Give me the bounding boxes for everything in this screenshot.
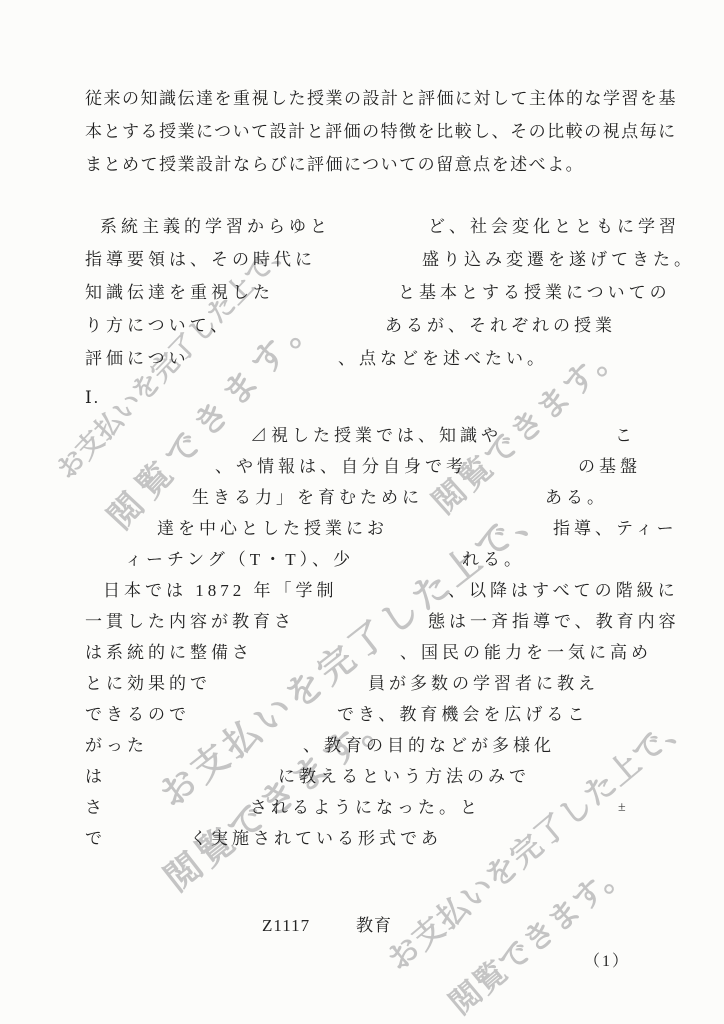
text-fragment-left: は系統的に整備さ <box>85 637 253 668</box>
text-fragment-left: がった <box>85 730 148 761</box>
text-fragment-right: と基本とする授業についての <box>398 276 671 309</box>
text-fragment-left: 指導要領は、その時代に <box>85 243 316 276</box>
text-line: はに教えるという方法のみで <box>0 761 724 792</box>
text-fragment-left: できるので <box>85 699 190 730</box>
text-fragment-left: ⊿視した授業では、知識や <box>250 420 502 451</box>
text-fragment-left: 系統主義的学習からゆと <box>100 210 331 243</box>
text-line: は系統的に整備さ、国民の能力を一気に高め <box>0 637 724 668</box>
prompt-line: 本とする授業について設計と評価の特徴を比較し、その比較の視点毎に <box>85 115 685 148</box>
text-line: 一貫した内容が教育さ態は一斉指導で、教育内容 <box>0 606 724 637</box>
text-fragment-right: 、国民の能力を一気に高め <box>400 637 652 668</box>
document-subject: 教育 <box>356 914 392 938</box>
text-fragment-left: り方について、 <box>85 309 231 342</box>
text-line: 日本では 1872 年「学制、以降はすべての階級に <box>0 575 724 606</box>
text-fragment-left: 知識伝達を重視した <box>85 276 274 309</box>
text-line: とに効果的で員が多数の学習者に教え <box>0 668 724 699</box>
text-line: さされるようになった。と <box>0 792 724 823</box>
text-line: ⊿視した授業では、知識やこ <box>0 420 724 451</box>
text-fragment-right: こ <box>615 420 636 451</box>
document-code: Z1117 <box>262 914 310 938</box>
text-fragment-left: 達を中心とした授業にお <box>157 513 388 544</box>
text-line: できるのででき、教育機会を広げるこ <box>0 699 724 730</box>
text-fragment-right: 、点などを述べたい。 <box>338 342 548 375</box>
text-fragment-right: 態は一斉指導で、教育内容 <box>428 606 680 637</box>
text-line: 、や情報は、自分自身で考の基盤 <box>0 451 724 482</box>
text-fragment-left: 評価につい <box>85 342 190 375</box>
text-fragment-left: 一貫した内容が教育さ <box>85 606 295 637</box>
text-line: 達を中心とした授業にお指導、ティー <box>0 513 724 544</box>
text-fragment-left: は <box>85 761 106 792</box>
text-line: 系統主義的学習からゆとど、社会変化とともに学習 <box>0 210 724 243</box>
text-line: り方について、あるが、それぞれの授業 <box>0 309 724 342</box>
text-fragment-right: に教えるという方法のみで <box>278 761 530 792</box>
text-fragment-right: されるようになった。と <box>250 792 481 823</box>
text-fragment-left: 、や情報は、自分自身で考 <box>215 451 467 482</box>
text-line: 指導要領は、その時代に盛り込み変遷を遂げてきた。 <box>0 243 724 276</box>
text-fragment-right: 員が多数の学習者に教え <box>368 668 599 699</box>
text-fragment-left: で <box>85 823 106 854</box>
text-fragment-right: 指導、ティー <box>553 513 678 544</box>
scanned-document-page: お支払いを完了した上で、閲覧できます。閲覧できます。お支払いを完了した上で、閲覧… <box>0 0 724 1024</box>
text-fragment-left: 生きる力」を育むために <box>192 482 423 513</box>
text-line: でく実施されている形式であ <box>0 823 724 854</box>
text-fragment-left: 日本では 1872 年「学制 <box>103 575 338 606</box>
text-fragment-right: でき、教育機会を広げるこ <box>337 699 588 730</box>
page-number: （1） <box>584 948 630 971</box>
text-line: がった、教育の目的などが多様化 <box>0 730 724 761</box>
text-fragment-right: ど、社会変化とともに学習 <box>428 210 680 243</box>
text-line: 評価につい、点などを述べたい。 <box>0 342 724 375</box>
text-fragment-right: 盛り込み変遷を遂げてきた。 <box>422 243 695 276</box>
stray-mark: ± <box>618 792 626 823</box>
text-line: ィーチング（T・T）、少れる。 <box>0 544 724 575</box>
text-fragment-right: 、以降はすべての階級に <box>448 575 679 606</box>
prompt-line: まとめて授業設計ならびに評価についての留意点を述べよ。 <box>85 148 685 181</box>
text-fragment-right: の基盤 <box>578 451 641 482</box>
text-fragment-right: あるが、それぞれの授業 <box>385 309 616 342</box>
text-fragment-left: とに効果的で <box>85 668 211 699</box>
text-fragment-right: く実施されている形式であ <box>190 823 442 854</box>
text-fragment-right: れる。 <box>462 544 525 575</box>
text-fragment-left: さ <box>85 792 106 823</box>
section-heading: Ⅰ. <box>85 388 100 408</box>
text-fragment-left: ィーチング（T・T）、少 <box>125 544 354 575</box>
text-line: 知識伝達を重視したと基本とする授業についての <box>0 276 724 309</box>
text-line: 生きる力」を育むためにある。 <box>0 482 724 513</box>
text-fragment-right: 、教育の目的などが多様化 <box>303 730 555 761</box>
text-fragment-right: ある。 <box>545 482 608 513</box>
prompt-line: 従来の知識伝達を重視した授業の設計と評価に対して主体的な学習を基 <box>85 82 685 115</box>
